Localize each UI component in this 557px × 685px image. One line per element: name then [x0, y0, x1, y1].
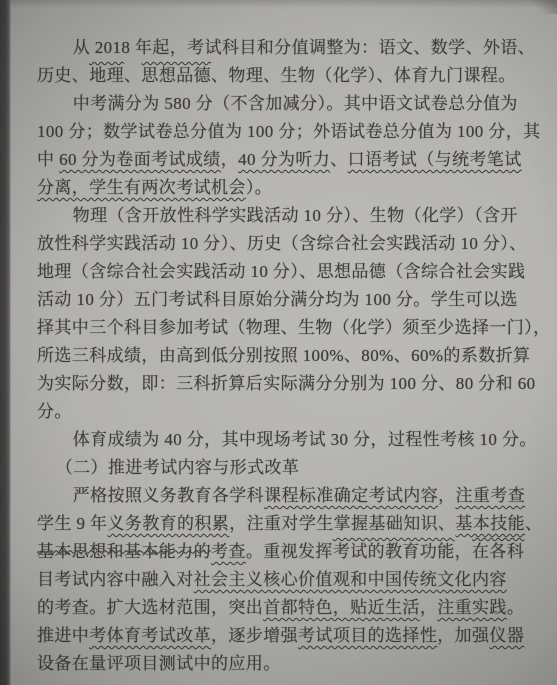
pen-annotated-phrase: 考试项目的选择性	[298, 626, 437, 645]
text-segment: 。	[507, 598, 524, 617]
text-line: 为实际分数，即：三科折算后实际满分分别为 100 分、80 分和 60	[37, 370, 535, 398]
text-segment: 严格按照义务教育各学科	[73, 486, 264, 505]
text-segment: 目考试内容中融入对	[37, 570, 194, 589]
pen-annotated-phrase: 课程标准确定考试内容	[264, 486, 438, 505]
text-line: （二）推进考试内容与形式改革	[37, 454, 535, 482]
pen-annotated-phrase: 60 分为卷面考试成绩	[59, 150, 221, 169]
text-line: 历史、地理、思想品德、物理、生物（化学）、体育九门课程。	[37, 62, 535, 90]
pen-annotated-phrase: 考试的教育功能	[333, 542, 455, 561]
text-segment: 中考满分为 580 分（不含加减分）。其中语文试卷总分值为	[73, 94, 518, 113]
text-segment: 地理（含综合社会实践活动 10 分）、思想品德（含综合社会实践	[37, 262, 525, 281]
text-line: 地理（含综合社会实践活动 10 分）、思想品德（含综合社会实践	[37, 258, 535, 286]
pen-annotated-phrase: 分离，学生有两次考试机会	[37, 178, 246, 197]
text-segment: 、物理、生物（化学）、体育九门课程。	[211, 66, 516, 85]
text-segment: ，	[420, 598, 437, 617]
text-segment: 为实际分数，即：三科折算后实际满分分别为 100 分、80 分和 60	[37, 374, 536, 393]
text-line: 学生 9 年义务教育的积累，注重对学生掌握基础知识、基本技能、	[37, 510, 535, 538]
text-segment: ，	[455, 542, 472, 561]
pen-annotated-phrase: 地理	[89, 66, 124, 85]
text-segment: 推进中	[37, 626, 89, 645]
text-segment: ，注重对学生掌握基础知识、	[229, 514, 455, 533]
text-segment: 中	[37, 150, 59, 169]
pen-annotated-phrase: 基本思想和基本能力的	[37, 542, 211, 561]
text-line: 设备在量评项目测试中的应用。	[37, 650, 535, 678]
text-segment: 。重视发挥	[246, 542, 333, 561]
pen-annotated-phrase: 口语考试（与统考笔试	[348, 150, 522, 169]
text-line: 放性科学实践活动 10 分）、历史（含综合社会实践活动 10 分）、	[37, 230, 535, 258]
document-photo: 从 2018 年起，考试科目和分值调整为：语文、数学、外语、历史、地理、思想品德…	[0, 0, 557, 685]
text-line: 分离，学生有两次考试机会）。	[37, 174, 535, 202]
text-segment: ，	[438, 486, 455, 505]
text-line: 100 分；数学试卷总分值为 100 分；外语试卷总分值为 100 分，其	[37, 118, 535, 146]
text-line: 基本思想和基本能力的考查。重视发挥考试的教育功能，在各科	[37, 538, 535, 566]
text-line: 物理（含开放性科学实践活动 10 分）、生物（化学）（含开	[37, 202, 535, 230]
text-segment: 物理（含开放性科学实践活动 10 分）、生物（化学）（含开	[73, 206, 518, 225]
text-segment: 放性科学实践活动 10 分）、历史（含综合社会实践活动 10 分）、	[37, 234, 527, 253]
text-segment: 的考查。扩大选材范围，突出	[37, 598, 263, 617]
pen-annotated-phrase: 社会主义核心价值观和中国传统文化内容	[194, 570, 507, 589]
text-segment: 活动 10 分）五门考试科目原始分满分均为 100 分。学生可以选	[37, 290, 518, 309]
photo-corner-shadow	[531, 0, 557, 14]
pen-annotated-phrase: 思想品德	[141, 66, 211, 85]
pen-annotated-phrase: 首都特色，贴近生活	[263, 598, 420, 617]
text-segment: 分。	[37, 402, 72, 421]
photo-left-edge	[0, 0, 11, 685]
text-segment: 、	[124, 66, 141, 85]
text-segment: 择其中三个科目参加考试（物理、生物（化学）须至少选择一门），	[37, 318, 551, 337]
pen-annotated-phrase: 注重考查	[456, 486, 526, 505]
pen-annotated-phrase: 基本技能	[455, 514, 525, 533]
photo-top-edge	[0, 0, 557, 8]
text-line: 从 2018 年起，考试科目和分值调整为：语文、数学、外语、	[37, 34, 535, 62]
text-line: 择其中三个科目参加考试（物理、生物（化学）须至少选择一门），	[37, 314, 535, 342]
text-segment: 历史、	[37, 66, 89, 85]
pen-annotated-phrase: 义务教育的积累	[107, 514, 229, 533]
text-line: 活动 10 分）五门考试科目原始分满分均为 100 分。学生可以选	[37, 286, 535, 314]
text-line: 体育成绩为 40 分，其中现场考试 30 分，过程性考核 10 分。	[37, 426, 535, 454]
text-segment: 体育成绩为 40 分，其中现场考试 30 分，过程性考核 10 分。	[73, 430, 537, 449]
pen-annotated-phrase: 考体育考试改革	[89, 626, 211, 645]
pen-annotated-phrase: 考查	[211, 542, 246, 561]
text-segment: 所选三科成绩，由高到低分别按照 100%、80%、60%的系数折算	[37, 346, 530, 365]
text-line: 推进中考体育考试改革，逐步增强考试项目的选择性，加强仪器	[37, 622, 535, 650]
text-line: 所选三科成绩，由高到低分别按照 100%、80%、60%的系数折算	[37, 342, 535, 370]
text-line: 分。	[37, 398, 535, 426]
pen-annotated-phrase: 注重实践	[437, 598, 507, 617]
document-page: 从 2018 年起，考试科目和分值调整为：语文、数学、外语、历史、地理、思想品德…	[37, 34, 535, 685]
text-segment: ，逐步增强	[211, 626, 298, 645]
text-segment: ，加强	[437, 626, 489, 645]
text-segment: 从 2018 年起，考试科目和分值调整为：语文、数学、外语、	[73, 38, 536, 57]
pen-annotated-phrase: 40 分为听力	[238, 150, 330, 169]
pen-annotated-phrase: 仪器	[489, 626, 524, 645]
text-line: 中 60 分为卷面考试成绩，40 分为听力、口语考试（与统考笔试	[37, 146, 535, 174]
text-line: 的考查。扩大选材范围，突出首都特色，贴近生活，注重实践。	[37, 594, 535, 622]
text-segment: 设备在量评项目测试中的应用。	[37, 654, 281, 673]
text-segment: ）。	[246, 178, 272, 197]
text-line: 目考试内容中融入对社会主义核心价值观和中国传统文化内容	[37, 566, 535, 594]
text-segment: 100 分；数学试卷总分值为 100 分；外语试卷总分值为 100 分，其	[37, 122, 541, 141]
pen-annotated-phrase: 在各科	[472, 542, 524, 561]
text-segment: 学生 9 年	[37, 514, 107, 533]
text-line: 严格按照义务教育各学科课程标准确定考试内容，注重考查	[37, 482, 535, 510]
text-segment: ，	[221, 150, 238, 169]
text-segment: 、	[525, 514, 542, 533]
text-segment: （二）推进考试内容与形式改革	[56, 458, 300, 477]
text-line: 中考满分为 580 分（不含加减分）。其中语文试卷总分值为	[37, 90, 535, 118]
text-segment: 、	[330, 150, 347, 169]
